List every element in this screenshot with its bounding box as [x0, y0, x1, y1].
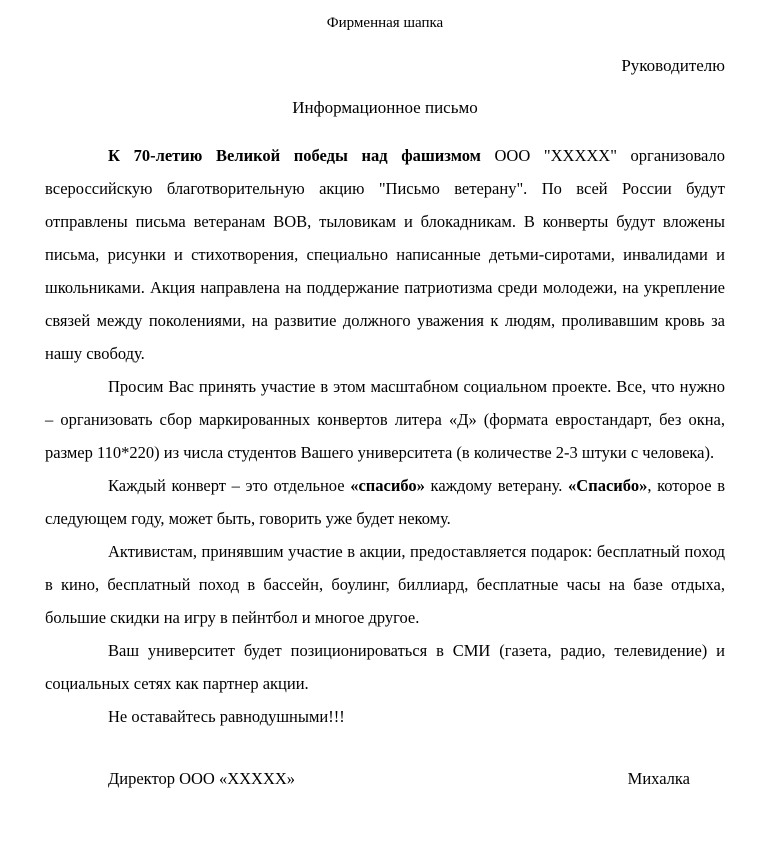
signature-name: Михалка	[628, 762, 690, 795]
text-run: «Спасибо»	[568, 476, 647, 495]
text-run: К 70-летию Великой победы над фашизмом	[108, 146, 481, 165]
addressee: Руководителю	[45, 56, 725, 76]
letter-body: К 70-летию Великой победы над фашизмом О…	[45, 139, 725, 733]
text-run: Не оставайтесь равнодушными!!!	[108, 707, 345, 726]
text-run: ООО "ХХХХХ" организовало всероссийскую б…	[45, 146, 725, 363]
paragraph: Не оставайтесь равнодушными!!!	[45, 700, 725, 733]
letterhead-placeholder: Фирменная шапка	[45, 14, 725, 32]
paragraph: К 70-летию Великой победы над фашизмом О…	[45, 139, 725, 370]
paragraph: Каждый конверт – это отдельное «спасибо»…	[45, 469, 725, 535]
text-run: Каждый конверт – это отдельное	[108, 476, 350, 495]
paragraph: Ваш университет будет позиционироваться …	[45, 634, 725, 700]
text-run: каждому ветерану.	[425, 476, 568, 495]
document-page: Фирменная шапка Руководителю Информацион…	[0, 0, 770, 856]
signature-position: Директор ООО «ХХХХХ»	[108, 762, 295, 795]
text-run: «спасибо»	[350, 476, 425, 495]
signature-row: Директор ООО «ХХХХХ» Михалка	[45, 762, 725, 795]
document-title: Информационное письмо	[45, 98, 725, 118]
text-run: Просим Вас принять участие в этом масшта…	[45, 377, 725, 462]
paragraph: Просим Вас принять участие в этом масшта…	[45, 370, 725, 469]
paragraph: Активистам, принявшим участие в акции, п…	[45, 535, 725, 634]
text-run: Активистам, принявшим участие в акции, п…	[45, 542, 725, 627]
text-run: Ваш университет будет позиционироваться …	[45, 641, 725, 693]
